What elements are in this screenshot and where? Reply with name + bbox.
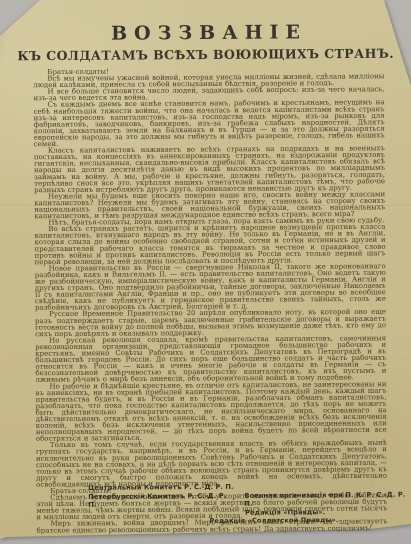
paragraph: Но рабочіе и бѣднѣйшіе крестьяне, въ отл… bbox=[35, 381, 386, 442]
paragraph: Но русская революція создала, кромѣ прав… bbox=[35, 335, 386, 383]
paragraph: Новое правительство въ Россіи — свергнув… bbox=[35, 263, 386, 311]
signature-block: Центральный Комитетъ Р. С.-Д. Р. П. Пете… bbox=[3, 482, 411, 528]
paragraph: Съ каждымъ днемъ все яснѣе становится на… bbox=[33, 99, 384, 147]
paragraph: Классъ капиталистовъ наживаетъ во всѣхъ … bbox=[34, 145, 385, 193]
signature-committee-row: Петербургскій Комитетъ Р. С.-Д. Р. П. Во… bbox=[88, 490, 411, 509]
paragraph: Русское Временное Правительство 20 апрѣл… bbox=[35, 309, 386, 338]
paragraph: Неужели мы будемъ еще сносить покорно на… bbox=[34, 191, 385, 220]
paragraph: Во всѣхъ странахъ растетъ, ширится и крѣ… bbox=[34, 224, 385, 266]
signature-petersburg-committee: Петербургскій Комитетъ Р. С.-Д. Р. П. bbox=[88, 491, 235, 509]
proclamation-title: ВОЗЗВАНІЕ bbox=[0, 21, 411, 46]
paragraph: Только въ томъ случаѣ, если государствен… bbox=[36, 440, 387, 488]
proclamation-subtitle: КЪ СОЛДАТАМЪ ВСѢХЪ ВОЮЮЩИХЪ СТРАНЪ. bbox=[0, 46, 411, 64]
printed-content: ВОЗЗВАНІЕ КЪ СОЛДАТАМЪ ВСѢХЪ ВОЮЮЩИХЪ СТ… bbox=[0, 0, 411, 544]
proclamation-body: Братья-солдаты! Всѣ мы измучены ужасной … bbox=[33, 67, 387, 534]
scanned-proclamation-page: { "colors": { "backdrop_gray": "#b2b0ab"… bbox=[0, 0, 411, 544]
signature-military-organisation: Военная организація при П. К. Р. С.-Д. Р… bbox=[244, 490, 411, 508]
